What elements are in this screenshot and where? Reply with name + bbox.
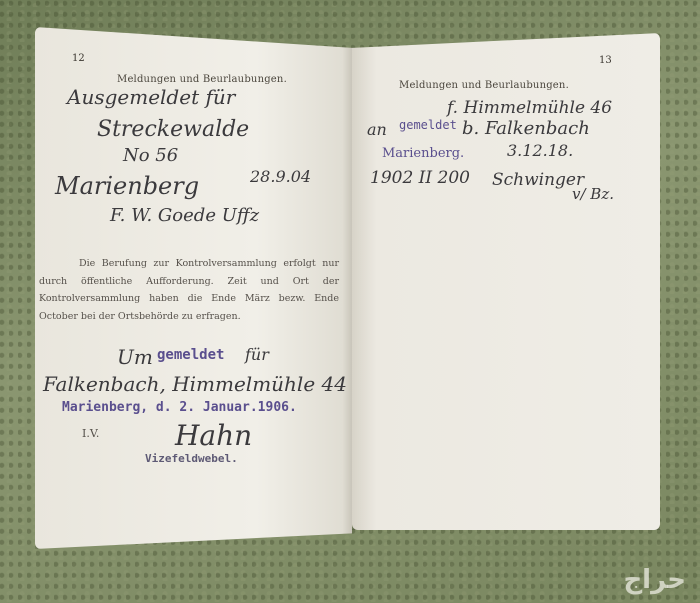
signature: Hahn (175, 419, 252, 452)
handwriting-reference: 1902 II 200 (370, 168, 470, 188)
right-page: 13 Meldungen und Beurlaubungen. f. Himme… (352, 33, 660, 530)
handwriting-place: b. Falkenbach (462, 118, 590, 139)
handwriting-line: Streckewalde (97, 117, 249, 142)
handwriting-line: Marienberg (55, 172, 199, 200)
handwriting-date: 28.9.04 (250, 167, 311, 186)
handwriting-line: Ausgemeldet für (67, 85, 235, 109)
title-stamp: Vizefeldwebel. (145, 452, 238, 465)
handwriting-prefix: an (367, 120, 387, 139)
handwriting-prefix: Um (117, 345, 153, 369)
handwriting-line: No 56 (123, 145, 178, 166)
handwriting-signature: F. W. Goede Uffz (110, 205, 259, 226)
page-header: Meldungen und Beurlaubungen. (117, 74, 287, 85)
handwriting-suffix: für (245, 345, 269, 364)
handwriting-date: 3.12.18. (507, 141, 573, 160)
date-stamp: Marienberg, d. 2. Januar.1906. (62, 400, 297, 415)
handwriting-place: f. Himmelmühle 46 (447, 98, 612, 118)
page-header: Meldungen und Beurlaubungen. (399, 80, 569, 91)
printed-notice: Die Berufung zur Kontrolversammlung erfo… (39, 255, 339, 325)
handwriting-place: Falkenbach, Himmelmühle 44 B (43, 372, 368, 396)
page-number: 13 (599, 55, 612, 66)
stamp-gemeldet: gemeldet (157, 347, 224, 363)
watermark-logo: حراج (623, 565, 686, 595)
left-page: 12 Meldungen und Beurlaubungen. Ausgemel… (35, 27, 352, 549)
place-stamp: Marienberg. (382, 146, 464, 161)
handwriting-suffix: v/ Bz. (572, 185, 614, 203)
page-number: 12 (72, 53, 85, 64)
stamp-gemeldet: gemeldet (399, 118, 457, 132)
iv-label: I.V. (82, 425, 122, 443)
signature: Schwinger (492, 170, 584, 190)
